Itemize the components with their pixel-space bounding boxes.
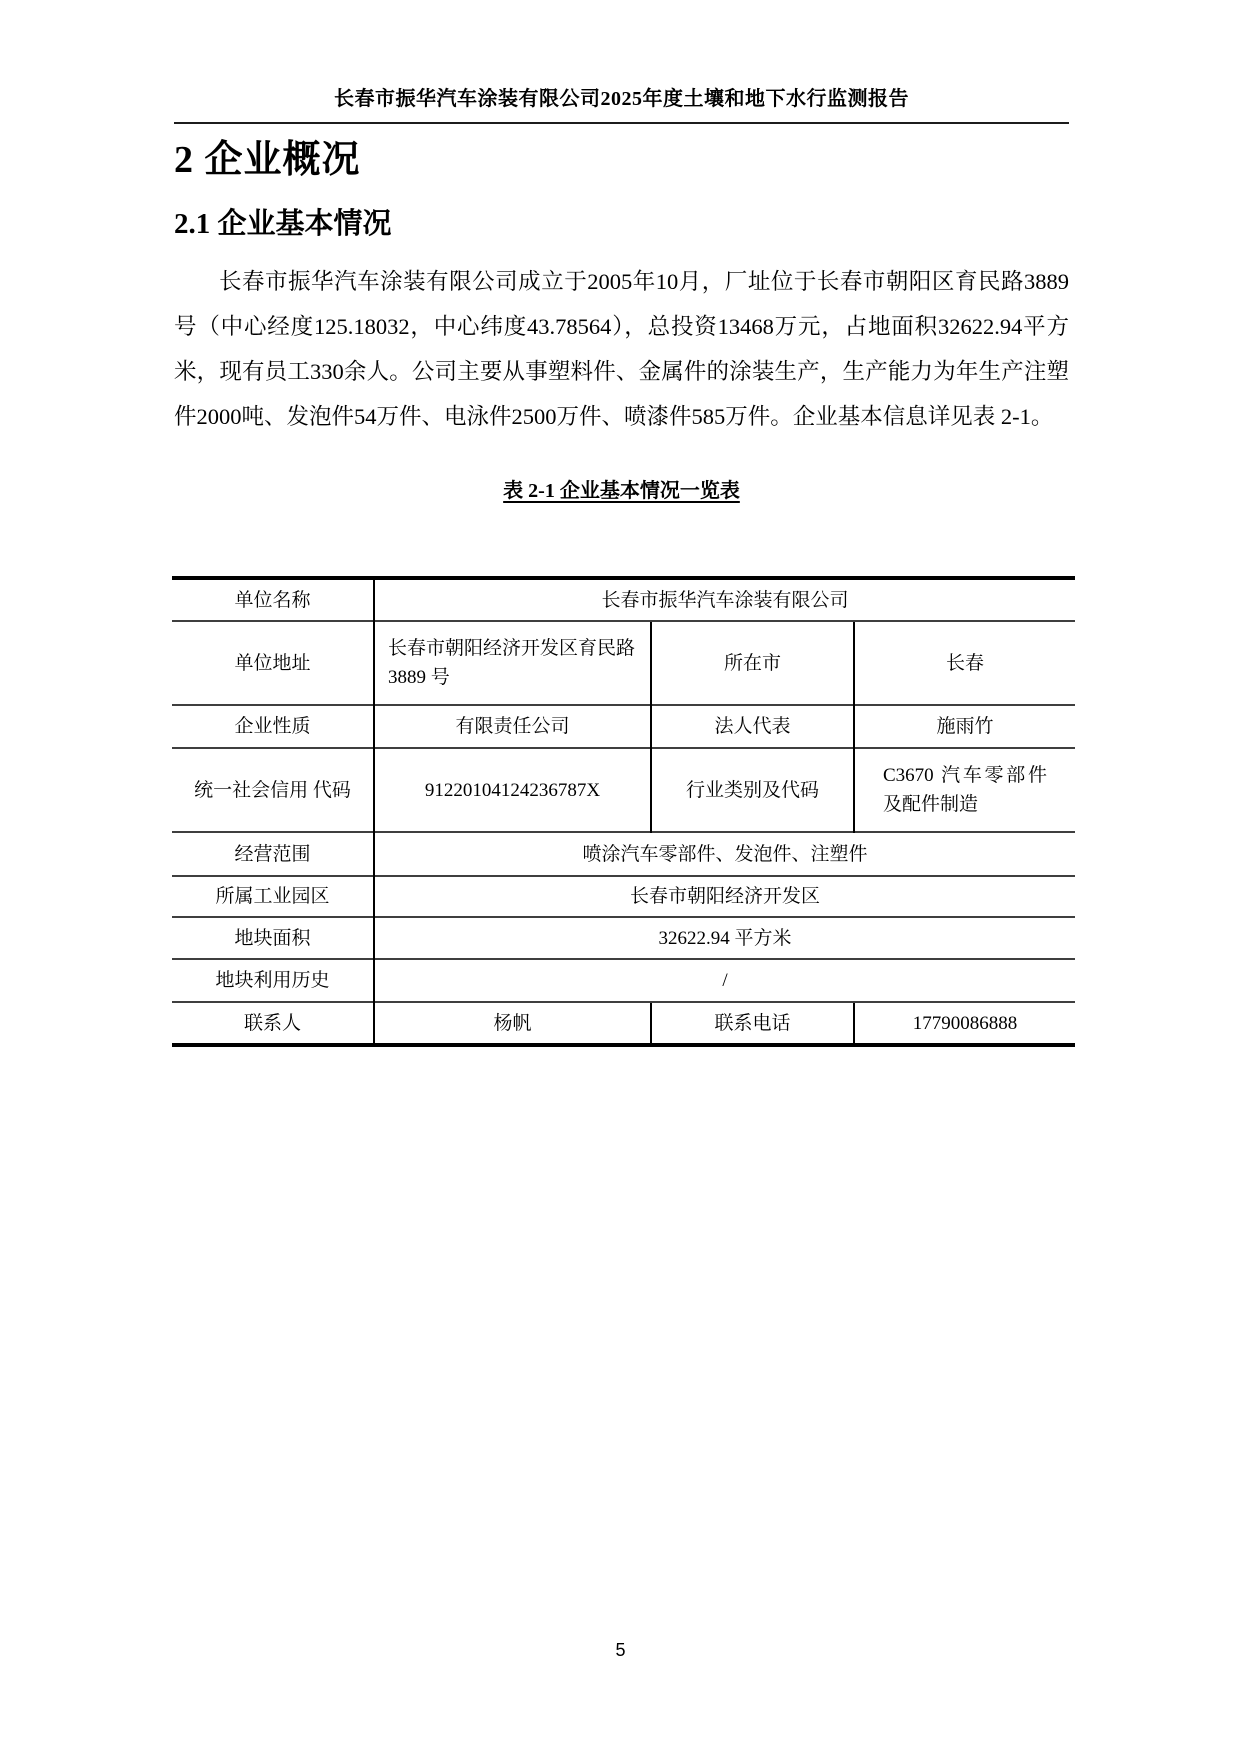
cell-nature-value: 有限责任公司 — [374, 705, 651, 748]
company-info-table: 单位名称 长春市振华汽车涂装有限公司 单位地址 长春市朝阳经济开发区育民路 38… — [172, 576, 1075, 1047]
table-row: 所属工业园区 长春市朝阳经济开发区 — [172, 876, 1075, 917]
table-row: 地块利用历史 / — [172, 959, 1075, 1002]
cell-phone-label: 联系电话 — [651, 1002, 854, 1045]
cell-nature-label: 企业性质 — [172, 705, 374, 748]
cell-park-label: 所属工业园区 — [172, 876, 374, 917]
cell-scope-value: 喷涂汽车零部件、发泡件、注塑件 — [374, 832, 1075, 876]
cell-unit-name-value: 长春市振华汽车涂装有限公司 — [374, 578, 1075, 621]
table-caption: 表 2-1 企业基本情况一览表 — [174, 474, 1069, 503]
running-header: 长春市振华汽车涂装有限公司2025年度土壤和地下水行监测报告 — [174, 82, 1069, 124]
cell-land-area-value: 32622.94 平方米 — [374, 917, 1075, 959]
table-row: 统一社会信用 代码 91220104124236787X 行业类别及代码 C36… — [172, 748, 1075, 832]
cell-unit-address-value: 长春市朝阳经济开发区育民路 3889 号 — [374, 621, 651, 705]
table-row: 地块面积 32622.94 平方米 — [172, 917, 1075, 959]
page-number: 5 — [0, 1640, 1241, 1661]
intro-paragraph: 长春市振华汽车涂装有限公司成立于2005年10月，厂址位于长春市朝阳区育民路38… — [174, 259, 1069, 439]
subsection-heading: 2.1 企业基本情况 — [174, 201, 392, 242]
cell-contact-value: 杨帆 — [374, 1002, 651, 1045]
cell-contact-label: 联系人 — [172, 1002, 374, 1045]
cell-land-history-label: 地块利用历史 — [172, 959, 374, 1002]
cell-city-value: 长春 — [854, 621, 1075, 705]
table-row: 联系人 杨帆 联系电话 17790086888 — [172, 1002, 1075, 1045]
cell-scope-label: 经营范围 — [172, 832, 374, 876]
section-heading: 2 企业概况 — [174, 128, 361, 183]
cell-industry-label: 行业类别及代码 — [651, 748, 854, 832]
cell-industry-value: C3670 汽车零部件及配件制造 — [854, 748, 1075, 832]
table-row: 单位地址 长春市朝阳经济开发区育民路 3889 号 所在市 长春 — [172, 621, 1075, 705]
table-row: 单位名称 长春市振华汽车涂装有限公司 — [172, 578, 1075, 621]
table-row: 经营范围 喷涂汽车零部件、发泡件、注塑件 — [172, 832, 1075, 876]
cell-unit-address-label: 单位地址 — [172, 621, 374, 705]
cell-park-value: 长春市朝阳经济开发区 — [374, 876, 1075, 917]
cell-credit-code-label: 统一社会信用 代码 — [172, 748, 374, 832]
cell-land-area-label: 地块面积 — [172, 917, 374, 959]
cell-city-label: 所在市 — [651, 621, 854, 705]
document-page: 长春市振华汽车涂装有限公司2025年度土壤和地下水行监测报告 2 企业概况 2.… — [0, 0, 1241, 1755]
cell-credit-code-value: 91220104124236787X — [374, 748, 651, 832]
table-row: 企业性质 有限责任公司 法人代表 施雨竹 — [172, 705, 1075, 748]
table-caption-text: 表 2-1 企业基本情况一览表 — [503, 480, 740, 502]
cell-unit-name-label: 单位名称 — [172, 578, 374, 621]
cell-land-history-value: / — [374, 959, 1075, 1002]
cell-legal-rep-value: 施雨竹 — [854, 705, 1075, 748]
cell-legal-rep-label: 法人代表 — [651, 705, 854, 748]
cell-phone-value: 17790086888 — [854, 1002, 1075, 1045]
